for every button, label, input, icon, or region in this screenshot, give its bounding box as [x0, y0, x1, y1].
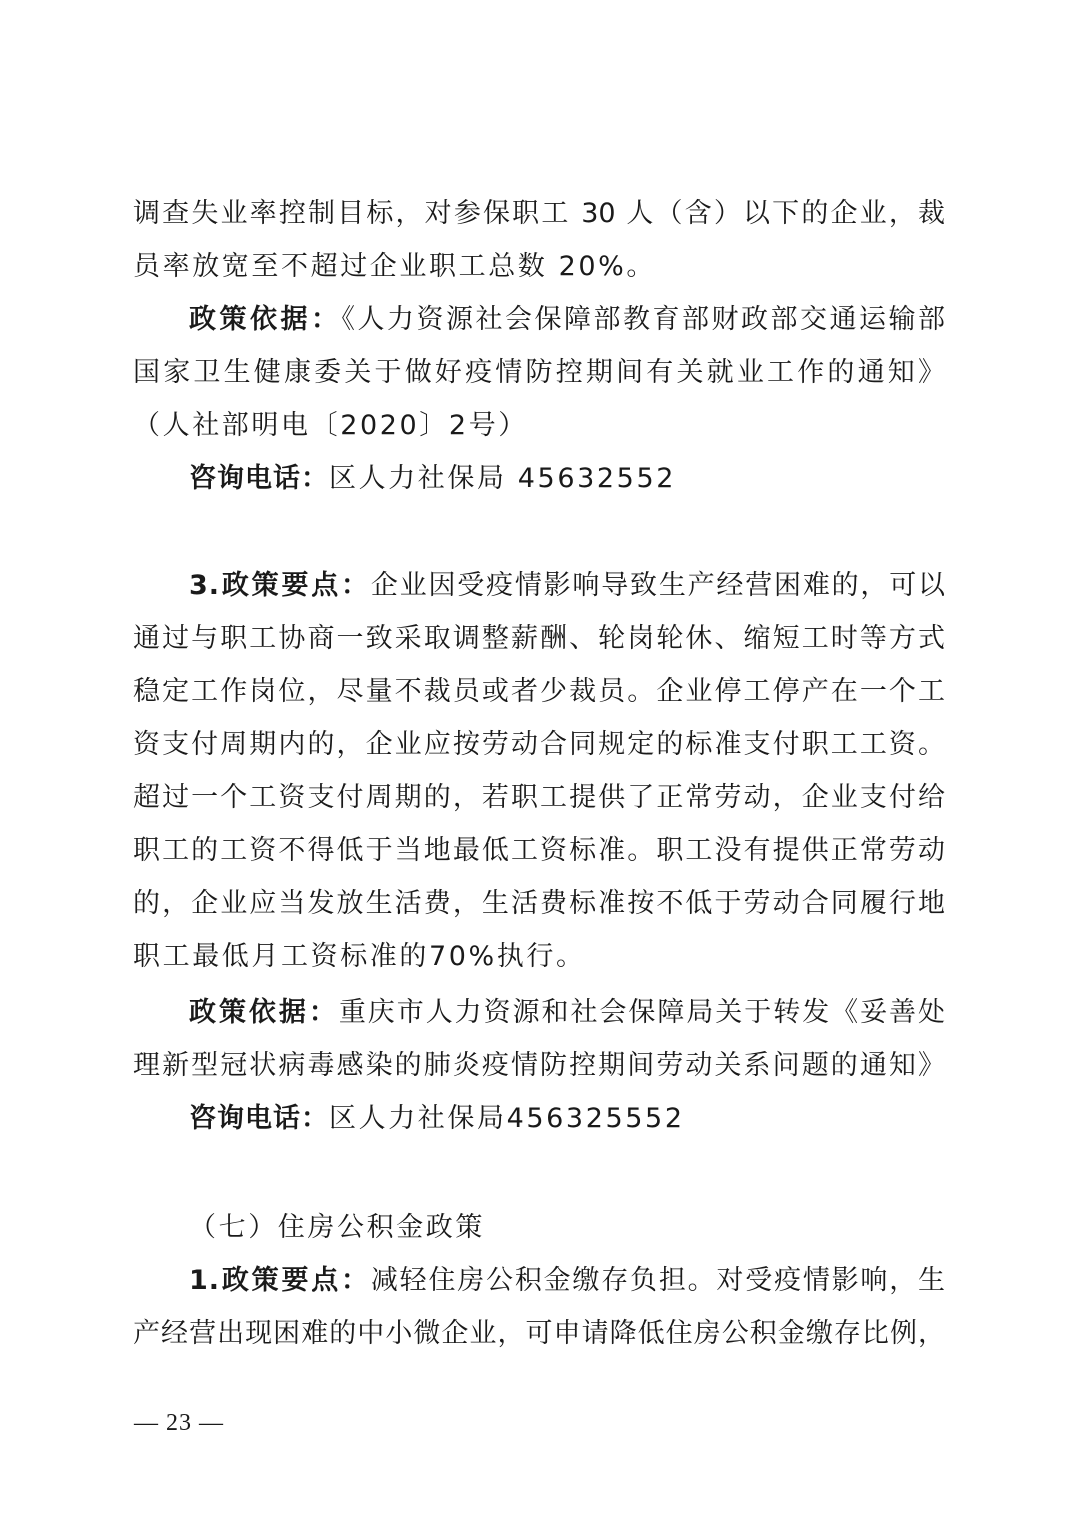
- line-text: 职工最低月工资标准的70%执行。: [133, 941, 586, 972]
- line-text: 资支付周期内的，企业应按劳动合同规定的标准支付职工工资。: [133, 729, 945, 760]
- line-text: 稳定工作岗位，尽量不裁员或者少裁员。企业停工停产在一个工: [133, 676, 945, 707]
- line-text: 减轻住房公积金缴存负担。对受疫情影响，生: [371, 1265, 945, 1296]
- line-text: 职工的工资不得低于当地最低工资标准。职工没有提供正常劳动: [133, 835, 945, 866]
- line-text: 企业因受疫情影响导致生产经营困难的，可以: [371, 570, 945, 601]
- contact-phone-value: 区人力社保局456325552: [329, 1103, 685, 1134]
- contact-phone-value: 区人力社保局 45632552: [329, 463, 676, 494]
- page-number: — 23 —: [134, 1410, 224, 1437]
- policy-basis-label: 政策依据：: [189, 304, 342, 335]
- body-line-13: 的，企业应当发放生活费，生活费标准按不低于劳动合同履行地: [133, 886, 945, 922]
- body-line-5: （人社部明电〔2020〕2号）: [133, 408, 945, 444]
- body-line-1: 调查失业率控制目标，对参保职工 30 人（含）以下的企业，裁: [133, 196, 945, 232]
- body-line-14: 职工最低月工资标准的70%执行。: [133, 939, 945, 975]
- body-line-8: 通过与职工协商一致采取调整薪酬、轮岗轮休、缩短工时等方式: [133, 621, 945, 657]
- line-text: 的，企业应当发放生活费，生活费标准按不低于劳动合同履行地: [133, 888, 945, 919]
- policy-basis-line-2: 政策依据：重庆市人力资源和社会保障局关于转发《妥善处: [133, 995, 945, 1031]
- section-heading: （七）住房公积金政策: [189, 1212, 485, 1243]
- contact-phone-line-2: 咨询电话：区人力社保局456325552: [133, 1101, 945, 1137]
- body-line-9: 稳定工作岗位，尽量不裁员或者少裁员。企业停工停产在一个工: [133, 674, 945, 710]
- line-text: 调查失业率控制目标，对参保职工 30 人（含）以下的企业，裁: [133, 198, 945, 229]
- contact-phone-line-1: 咨询电话：区人力社保局 45632552: [133, 461, 945, 497]
- line-text: 《人力资源社会保障部教育部财政部交通运输部: [342, 304, 946, 335]
- body-line-4: 国家卫生健康委关于做好疫情防控期间有关就业工作的通知》: [133, 355, 945, 391]
- policy-point-label: 1.政策要点：: [189, 1265, 371, 1296]
- line-text: 通过与职工协商一致采取调整薪酬、轮岗轮休、缩短工时等方式: [133, 623, 945, 654]
- line-text: （人社部明电〔2020〕2号）: [133, 410, 528, 441]
- line-text: 产经营出现困难的中小微企业，可申请降低住房公积金缴存比例，: [133, 1318, 945, 1349]
- policy-basis-line-1: 政策依据：《人力资源社会保障部教育部财政部交通运输部: [133, 302, 945, 338]
- policy-point-label: 3.政策要点：: [189, 570, 371, 601]
- body-line-12: 职工的工资不得低于当地最低工资标准。职工没有提供正常劳动: [133, 833, 945, 869]
- policy-point-1-line: 1.政策要点：减轻住房公积金缴存负担。对受疫情影响，生: [133, 1263, 945, 1299]
- policy-point-3-line: 3.政策要点：企业因受疫情影响导致生产经营困难的，可以: [133, 568, 945, 604]
- line-text: 国家卫生健康委关于做好疫情防控期间有关就业工作的通知》: [133, 357, 945, 388]
- section-heading-housing-fund: （七）住房公积金政策: [133, 1210, 945, 1246]
- body-line-11: 超过一个工资支付周期的，若职工提供了正常劳动，企业支付给: [133, 780, 945, 816]
- line-text: 超过一个工资支付周期的，若职工提供了正常劳动，企业支付给: [133, 782, 945, 813]
- contact-phone-label: 咨询电话：: [189, 1103, 329, 1134]
- contact-phone-label: 咨询电话：: [189, 463, 329, 494]
- body-line-2: 员率放宽至不超过企业职工总数 20%。: [133, 249, 945, 285]
- body-line-16: 理新型冠状病毒感染的肺炎疫情防控期间劳动关系问题的通知》: [133, 1048, 945, 1084]
- policy-basis-label: 政策依据：: [189, 997, 339, 1028]
- line-text: 员率放宽至不超过企业职工总数 20%。: [133, 251, 656, 282]
- body-line-20: 产经营出现困难的中小微企业，可申请降低住房公积金缴存比例，: [133, 1316, 945, 1352]
- line-text: 重庆市人力资源和社会保障局关于转发《妥善处: [339, 997, 945, 1028]
- line-text: 理新型冠状病毒感染的肺炎疫情防控期间劳动关系问题的通知》: [133, 1050, 945, 1081]
- body-line-10: 资支付周期内的，企业应按劳动合同规定的标准支付职工工资。: [133, 727, 945, 763]
